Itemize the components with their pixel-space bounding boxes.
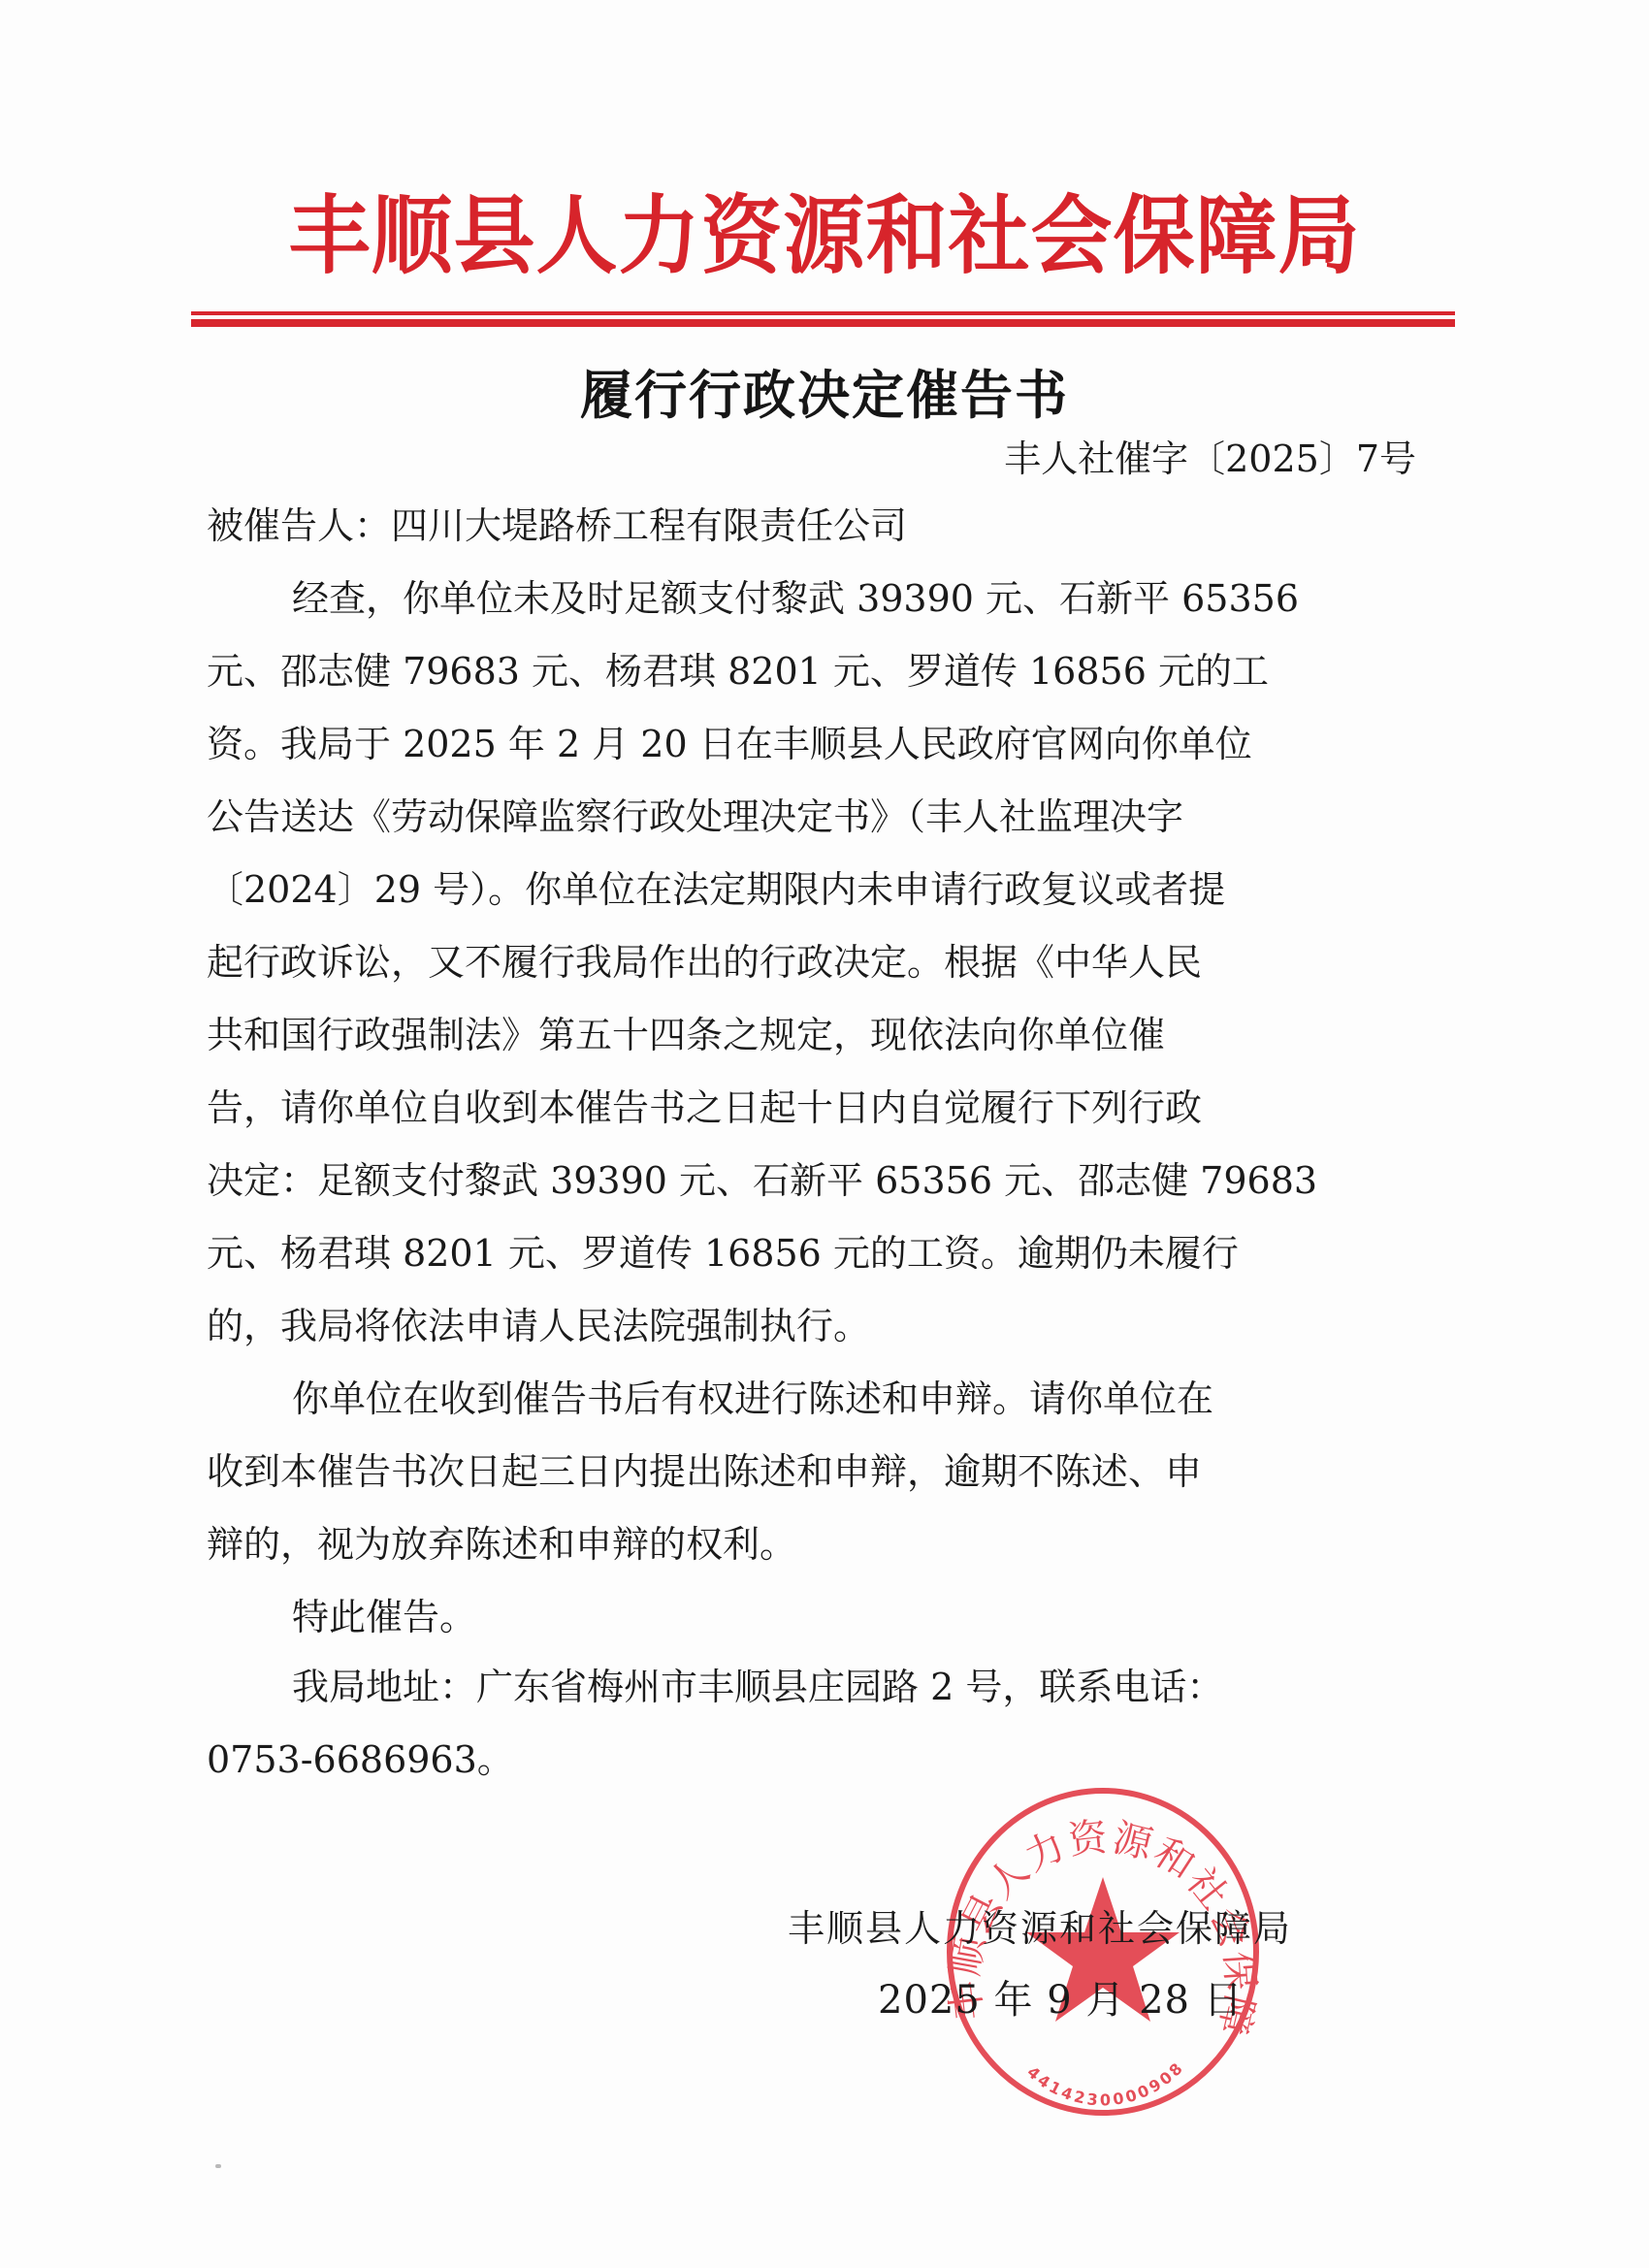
address-line: 我局地址：广东省梅州市丰顺县庄园路 2 号，联系电话： bbox=[207, 1651, 1439, 1724]
recipient-line: 被催告人：四川大堤路桥工程有限责任公司 bbox=[207, 497, 907, 555]
document-number: 丰人社催字〔2025〕7号 bbox=[1004, 435, 1416, 483]
body-line: 元、杨君琪 8201 元、罗道传 16856 元的工资。逾期仍未履行 bbox=[207, 1217, 1439, 1290]
body-line: 公告送达《劳动保障监察行政处理决定书》（丰人社监理决字 bbox=[207, 781, 1439, 854]
paragraph-closing: 特此催告。 bbox=[207, 1581, 1439, 1654]
paragraph-address: 我局地址：广东省梅州市丰顺县庄园路 2 号，联系电话： 0753-6686963… bbox=[207, 1651, 1439, 1797]
body-line: 你单位在收到催告书后有权进行陈述和申辩。请你单位在 bbox=[207, 1363, 1439, 1436]
body-line: 〔2024〕29 号）。你单位在法定期限内未申请行政复议或者提 bbox=[207, 854, 1439, 926]
document-page: 丰顺县人力资源和社会保障局 履行行政决定催告书 丰人社催字〔2025〕7号 被催… bbox=[0, 0, 1649, 2268]
paragraph-rights: 你单位在收到催告书后有权进行陈述和申辩。请你单位在 收到本催告书次日起三日内提出… bbox=[207, 1363, 1439, 1581]
recipient-name: 四川大堤路桥工程有限责任公司 bbox=[391, 504, 907, 547]
agency-letterhead: 丰顺县人力资源和社会保障局 bbox=[194, 179, 1455, 292]
body-line: 起行政诉讼，又不履行我局作出的行政决定。根据《中华人民 bbox=[207, 926, 1439, 999]
signature-date: 2025 年 9 月 28 日 bbox=[878, 1971, 1244, 2029]
recipient-label: 被催告人： bbox=[207, 504, 391, 547]
body-line: 共和国行政强制法》第五十四条之规定，现依法向你单位催 bbox=[207, 999, 1439, 1072]
paragraph-findings: 经查，你单位未及时足额支付黎武 39390 元、石新平 65356 元、邵志健 … bbox=[207, 563, 1439, 1363]
body-line: 资。我局于 2025 年 2 月 20 日在丰顺县人民政府官网向你单位 bbox=[207, 708, 1439, 781]
scan-speck bbox=[215, 2164, 221, 2168]
body-line: 元、邵志健 79683 元、杨君琪 8201 元、罗道传 16856 元的工 bbox=[207, 635, 1439, 708]
body-line: 告，请你单位自收到本催告书之日起十日内自觉履行下列行政 bbox=[207, 1072, 1439, 1145]
body-line: 辩的，视为放弃陈述和申辩的权利。 bbox=[207, 1508, 1439, 1581]
letterhead-rule-thick bbox=[191, 319, 1455, 327]
body-line: 决定：足额支付黎武 39390 元、石新平 65356 元、邵志健 79683 bbox=[207, 1145, 1439, 1217]
body-line: 收到本催告书次日起三日内提出陈述和申辩，逾期不陈述、申 bbox=[207, 1436, 1439, 1508]
letterhead-rule-thin bbox=[191, 311, 1455, 315]
body-line: 的，我局将依法申请人民法院强制执行。 bbox=[207, 1290, 1439, 1363]
signature-agency: 丰顺县人力资源和社会保障局 bbox=[788, 1899, 1292, 1958]
body-line: 经查，你单位未及时足额支付黎武 39390 元、石新平 65356 bbox=[207, 563, 1439, 635]
closing-line: 特此催告。 bbox=[207, 1581, 1439, 1654]
document-title: 履行行政决定催告书 bbox=[194, 361, 1455, 429]
